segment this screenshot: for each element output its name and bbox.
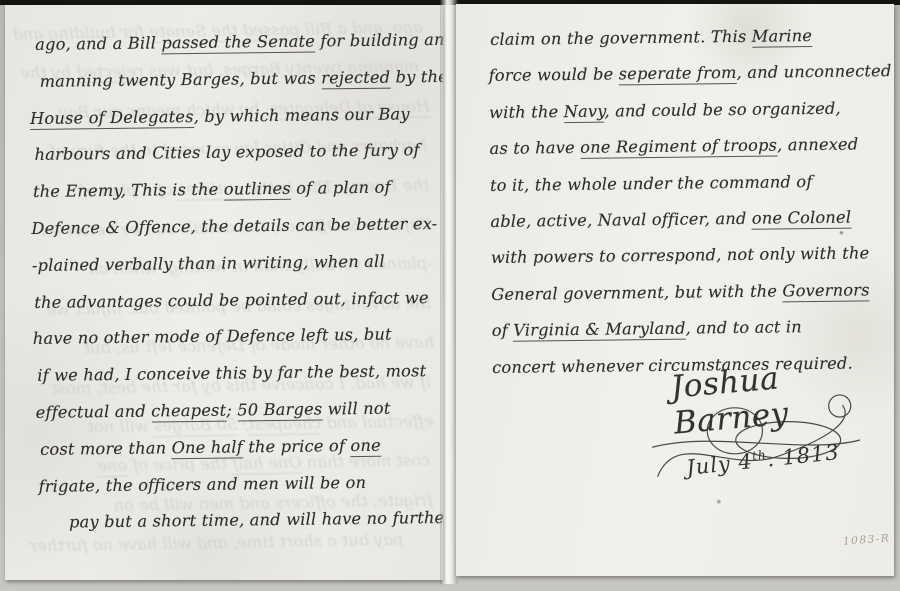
text-segment: , annexed [777,135,858,155]
underlined-phrase: rejected [321,67,390,89]
handwritten-line: pay but a short time, and will have no f… [35,500,443,542]
text-segment: for building and [315,30,443,51]
text-segment: pay but a short time, and will have no f… [69,508,443,532]
handwritten-line: harbours and Cities lay exposed to the f… [30,132,443,174]
letter-page-left: ago, and a Bill passed the Senate for bu… [5,5,443,580]
text-segment: claim on the government. This [490,27,752,49]
handwritten-line: force would be seperate from, and unconn… [488,53,891,94]
handwritten-line: -plained verbally than in writing, when … [32,243,443,285]
text-segment: of a plan of [291,178,391,198]
text-segment: General government, but with the [491,281,782,304]
handwritten-line: able, active, Naval officer, and one Col… [490,199,893,240]
text-segment: Defence & Offence, the details can be be… [31,214,437,238]
date-ordinal: th [751,448,767,463]
text-segment: the advantages could be pointed out, inf… [34,288,429,312]
handwritten-line: manning twenty Barges, but was rejected … [29,59,443,101]
underlined-phrase: House of Delegates [30,107,194,130]
text-segment: of [492,321,514,340]
text-segment: , and unconnected [736,61,891,82]
underlined-phrase: Marine [752,26,813,48]
text-segment: able, active, Naval officer, and [490,209,752,231]
text-segment: cost more than [40,438,172,459]
underlined-phrase: outlines [224,179,291,201]
handwritten-line: claim on the government. This Marine [488,17,891,58]
handwritten-line: House of Delegates, by which means our B… [30,95,443,137]
text-segment: frigate, the officers and men will be on [38,472,366,495]
text-segment: by the [390,67,443,87]
text-segment: the price of [243,436,351,456]
text-segment: will not [322,399,390,419]
handwritten-line: as to have one Regiment of troops, annex… [489,126,892,167]
text-segment: the Enemy, This is the [33,180,224,201]
text-segment: , by which means our Bay [194,104,410,126]
text-segment: -plained verbally than in writing, when … [32,251,385,274]
underlined-phrase: Navy [564,101,605,122]
handwritten-line: frigate, the officers and men will be on [34,463,443,505]
handwritten-line: to it, the whole under the command of [490,163,893,204]
right-page-text: claim on the government. This Marineforc… [488,17,894,386]
text-segment: effectual and [36,402,152,422]
text-segment: to it, the whole under the command of [490,172,813,195]
letter-scan-photo: { "colors": { "ink": "#2f2d29", "paper":… [0,0,900,591]
text-segment: with powers to correspond, not only with… [491,244,870,268]
handwritten-line: the Enemy, This is the outlines of a pla… [31,169,443,211]
underlined-phrase: 50 Barges [237,399,322,421]
text-segment: have no other mode of Defence left us, b… [33,325,392,348]
handwritten-line: of Virginia & Maryland, and to act in [492,308,894,349]
handwritten-line: if we had, I conceive this by far the be… [33,353,443,395]
underlined-phrase: cheapest [151,401,226,423]
handwritten-line: have no other mode of Defence left us, b… [33,316,443,358]
text-segment: ; [226,400,237,419]
handwritten-line: ago, and a Bill passed the Senate for bu… [29,22,443,64]
text-segment: with the [489,102,564,122]
text-segment: ago, and a Bill [35,33,161,54]
handwritten-line: with the Navy, and could be so organized… [489,90,892,131]
text-segment: harbours and Cities lay exposed to the f… [34,141,419,165]
handwritten-line: effectual and cheapest; 50 Barges will n… [33,390,443,432]
underlined-phrase: one Colonel [752,208,852,230]
underlined-phrase: One half [172,437,244,459]
underlined-phrase: Governors [782,280,869,302]
text-segment: as to have [489,138,580,158]
handwritten-line: General government, but with the Governo… [491,272,894,313]
text-segment: manning twenty Barges, but was [40,68,322,90]
underlined-phrase: one Regiment of troops [580,136,777,159]
handwritten-line: the advantages could be pointed out, inf… [32,279,443,321]
text-segment: , and could be so organized, [604,98,841,120]
underlined-phrase: Virginia & Maryland [513,319,686,342]
handwritten-line: Defence & Offence, the details can be be… [31,206,443,248]
underlined-phrase: seperate from [619,63,737,85]
handwritten-line: cost more than One half the price of one [34,427,443,469]
handwritten-line: with powers to correspond, not only with… [491,235,894,276]
catalog-number-pencil-mark: 1083-R [843,532,891,547]
underlined-phrase: one [350,435,381,456]
underlined-phrase: passed the Senate [161,32,315,55]
text-segment: force would be [489,65,619,86]
text-segment: if we had, I conceive this by far the be… [37,361,426,385]
left-page-text: ago, and a Bill passed the Senate for bu… [29,22,443,542]
letter-page-right: claim on the government. This Marineforc… [456,4,894,576]
text-segment: , and to act in [685,317,801,337]
